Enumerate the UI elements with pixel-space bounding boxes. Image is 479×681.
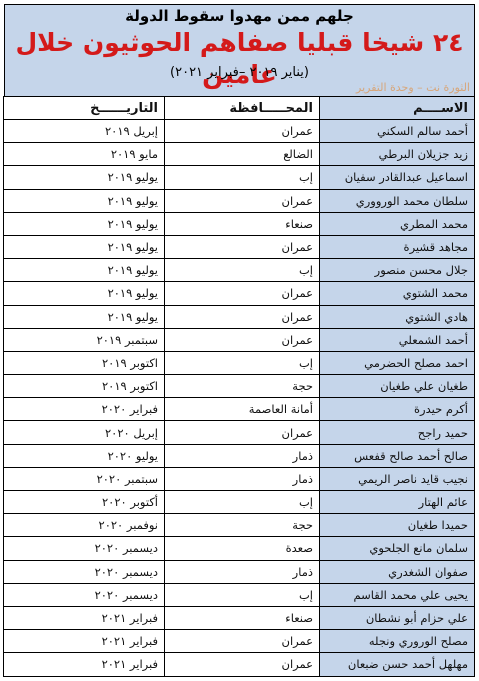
cell-governorate: صنعاء (165, 212, 320, 235)
cell-governorate: إب (165, 351, 320, 374)
cell-name: علي حزام أبو نشطان (320, 606, 475, 629)
cell-governorate: عمران (165, 328, 320, 351)
cell-name: صفوان الشغدري (320, 560, 475, 583)
table-row: مصلح الوروري ونجلهعمرانفبراير ٢٠٢١ (4, 630, 475, 653)
cell-name: طغيان علي طغيان (320, 375, 475, 398)
cell-governorate: ذمار (165, 560, 320, 583)
header-box: جلهم ممن مهدوا سقوط الدولة ٢٤ شيخا قبليا… (4, 4, 475, 96)
table-row: مجاهد قشيرةعمرانيوليو ٢٠١٩ (4, 235, 475, 258)
cell-date: يوليو ٢٠١٩ (4, 189, 165, 212)
cell-name: احمد مصلح الحضرمي (320, 351, 475, 374)
cell-date: سبتمبر ٢٠٢٠ (4, 467, 165, 490)
cell-date: نوفمبر ٢٠٢٠ (4, 514, 165, 537)
cell-name: هادي الشتوي (320, 305, 475, 328)
column-header-name: الاســــم (320, 97, 475, 120)
cell-governorate: حجة (165, 514, 320, 537)
cell-name: أكرم حيدرة (320, 398, 475, 421)
cell-name: محمد المطري (320, 212, 475, 235)
cell-governorate: عمران (165, 305, 320, 328)
table-row: أحمد سالم السكنيعمرانإبريل ٢٠١٩ (4, 120, 475, 143)
document-sheet: جلهم ممن مهدوا سقوط الدولة ٢٤ شيخا قبليا… (4, 4, 475, 677)
table-row: علي حزام أبو نشطانصنعاءفبراير ٢٠٢١ (4, 606, 475, 629)
table-row: حميد راجحعمرانإبريل ٢٠٢٠ (4, 421, 475, 444)
cell-name: صالح أحمد صالح قفعس (320, 444, 475, 467)
table-row: اسماعيل عبدالقادر سفيانإبيوليو ٢٠١٩ (4, 166, 475, 189)
table-row: صفوان الشغدريذمارديسمبر ٢٠٢٠ (4, 560, 475, 583)
cell-date: ديسمبر ٢٠٢٠ (4, 537, 165, 560)
table-row: هادي الشتويعمرانيوليو ٢٠١٩ (4, 305, 475, 328)
cell-date: يوليو ٢٠٢٠ (4, 444, 165, 467)
cell-governorate: الضالع (165, 143, 320, 166)
cell-governorate: حجة (165, 375, 320, 398)
column-header-governorate: المحـــــافظة (165, 97, 320, 120)
table-row: عائم الهتارإبأكتوبر ٢٠٢٠ (4, 491, 475, 514)
cell-date: فبراير ٢٠٢١ (4, 630, 165, 653)
cell-governorate: صعدة (165, 537, 320, 560)
cell-name: نجيب قايد ناصر الريمي (320, 467, 475, 490)
table-row: احمد مصلح الحضرميإباكتوبر ٢٠١٩ (4, 351, 475, 374)
cell-governorate: ذمار (165, 444, 320, 467)
cell-date: فبراير ٢٠٢١ (4, 606, 165, 629)
table-header-row: الاســــم المحـــــافظة التاريــــــخ (4, 97, 475, 120)
table-row: نجيب قايد ناصر الريميذمارسبتمبر ٢٠٢٠ (4, 467, 475, 490)
cell-governorate: عمران (165, 120, 320, 143)
cell-name: سلمان مانع الجلحوي (320, 537, 475, 560)
table-row: يحيى علي محمد القاسمإبديسمبر ٢٠٢٠ (4, 583, 475, 606)
cell-date: إبريل ٢٠٢٠ (4, 421, 165, 444)
table-row: صالح أحمد صالح قفعسذماريوليو ٢٠٢٠ (4, 444, 475, 467)
cell-name: مهلهل أحمد حسن ضبعان (320, 653, 475, 676)
cell-date: سبتمبر ٢٠١٩ (4, 328, 165, 351)
table-row: مهلهل أحمد حسن ضبعانعمرانفبراير ٢٠٢١ (4, 653, 475, 676)
cell-name: سلطان محمد الورووري (320, 189, 475, 212)
cell-date: يوليو ٢٠١٩ (4, 166, 165, 189)
sheikhs-table: الاســــم المحـــــافظة التاريــــــخ أح… (3, 96, 475, 677)
cell-governorate: عمران (165, 421, 320, 444)
cell-name: محمد الشتوي (320, 282, 475, 305)
cell-date: يوليو ٢٠١٩ (4, 235, 165, 258)
cell-date: أكتوبر ٢٠٢٠ (4, 491, 165, 514)
cell-name: عائم الهتار (320, 491, 475, 514)
cell-name: مجاهد قشيرة (320, 235, 475, 258)
cell-date: مايو ٢٠١٩ (4, 143, 165, 166)
table-row: سلمان مانع الجلحويصعدةديسمبر ٢٠٢٠ (4, 537, 475, 560)
table-row: زيد جزيلان البرطيالضالعمايو ٢٠١٩ (4, 143, 475, 166)
table-row: أكرم حيدرةأمانة العاصمةفبراير ٢٠٢٠ (4, 398, 475, 421)
cell-date: اكتوبر ٢٠١٩ (4, 375, 165, 398)
cell-name: أحمد الشمعلي (320, 328, 475, 351)
table-row: أحمد الشمعليعمرانسبتمبر ٢٠١٩ (4, 328, 475, 351)
cell-name: حميد راجح (320, 421, 475, 444)
cell-date: فبراير ٢٠٢١ (4, 653, 165, 676)
cell-date: ديسمبر ٢٠٢٠ (4, 560, 165, 583)
cell-date: يوليو ٢٠١٩ (4, 259, 165, 282)
table-row: محمد الشتويعمرانيوليو ٢٠١٩ (4, 282, 475, 305)
cell-date: يوليو ٢٠١٩ (4, 282, 165, 305)
cell-governorate: عمران (165, 630, 320, 653)
cell-governorate: ذمار (165, 467, 320, 490)
cell-date: ديسمبر ٢٠٢٠ (4, 583, 165, 606)
cell-governorate: أمانة العاصمة (165, 398, 320, 421)
table-row: سلطان محمد الورووريعمرانيوليو ٢٠١٩ (4, 189, 475, 212)
cell-name: أحمد سالم السكني (320, 120, 475, 143)
cell-governorate: عمران (165, 235, 320, 258)
cell-governorate: عمران (165, 653, 320, 676)
cell-governorate: إب (165, 583, 320, 606)
source-credit: الثورة نت – وحدة التقرير (356, 81, 470, 94)
cell-name: حميدا طغيان (320, 514, 475, 537)
cell-governorate: عمران (165, 282, 320, 305)
cell-governorate: إب (165, 166, 320, 189)
cell-name: جلال محسن منصور (320, 259, 475, 282)
column-header-date: التاريــــــخ (4, 97, 165, 120)
date-range-subtitle: (يناير ٢٠١٩ –فبراير ٢٠٢١) (5, 65, 474, 80)
cell-name: اسماعيل عبدالقادر سفيان (320, 166, 475, 189)
cell-date: فبراير ٢٠٢٠ (4, 398, 165, 421)
table-row: حميدا طغيانحجةنوفمبر ٢٠٢٠ (4, 514, 475, 537)
cell-name: مصلح الوروري ونجله (320, 630, 475, 653)
cell-governorate: إب (165, 491, 320, 514)
cell-date: يوليو ٢٠١٩ (4, 305, 165, 328)
cell-date: يوليو ٢٠١٩ (4, 212, 165, 235)
cell-name: زيد جزيلان البرطي (320, 143, 475, 166)
title-top: جلهم ممن مهدوا سقوط الدولة (5, 7, 474, 25)
cell-governorate: عمران (165, 189, 320, 212)
table-row: طغيان علي طغيانحجةاكتوبر ٢٠١٩ (4, 375, 475, 398)
cell-governorate: إب (165, 259, 320, 282)
cell-date: اكتوبر ٢٠١٩ (4, 351, 165, 374)
cell-date: إبريل ٢٠١٩ (4, 120, 165, 143)
table-row: محمد المطريصنعاءيوليو ٢٠١٩ (4, 212, 475, 235)
table-row: جلال محسن منصورإبيوليو ٢٠١٩ (4, 259, 475, 282)
cell-name: يحيى علي محمد القاسم (320, 583, 475, 606)
cell-governorate: صنعاء (165, 606, 320, 629)
